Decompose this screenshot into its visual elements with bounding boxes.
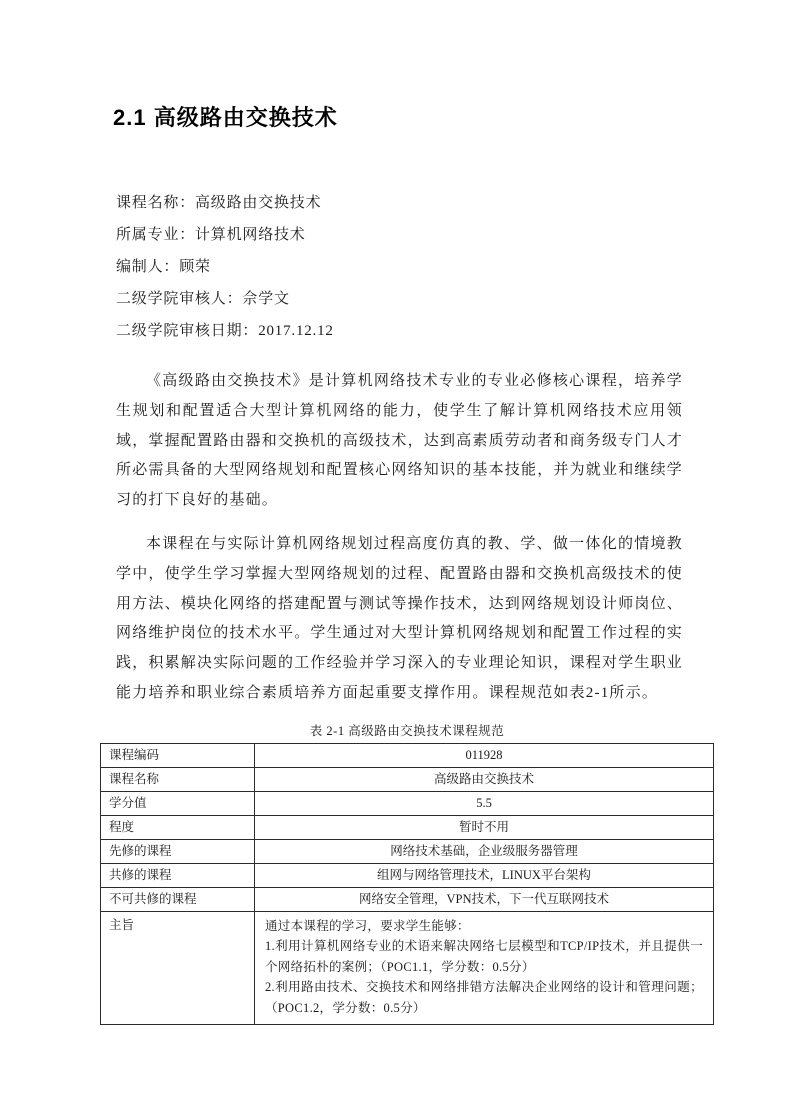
document-page: 2.1 高级路由交换技术 课程名称：高级路由交换技术 所属专业：计算机网络技术 … [0,0,794,1108]
table-row: 学分值 5.5 [101,791,714,815]
row-label-course-code: 课程编码 [101,743,255,767]
purpose-item-1: 1.利用计算机网络专业的术语来解决网络七层模型和TCP/IP技术，并且提供一个网… [265,936,703,977]
table-caption: 表 2-1 高级路由交换技术课程规范 [100,721,714,739]
row-label-purpose: 主旨 [101,911,255,1025]
section-heading: 2.1 高级路由交换技术 [113,103,794,133]
row-label-exclusions: 不可共修的课程 [101,887,255,911]
row-value-credits: 5.5 [255,791,714,815]
row-label-corequisites: 共修的课程 [101,863,255,887]
row-label-level: 程度 [101,815,255,839]
row-value-purpose: 通过本课程的学习，要求学生能够： 1.利用计算机网络专业的术语来解决网络七层模型… [255,911,714,1025]
course-meta-block: 课程名称：高级路由交换技术 所属专业：计算机网络技术 编制人：顾荣 二级学院审核… [116,187,794,347]
row-value-course-name: 高级路由交换技术 [255,767,714,791]
table-row: 共修的课程 组网与网络管理技术，LINUX平台架构 [101,863,714,887]
row-value-prerequisites: 网络技术基础，企业级服务器管理 [255,839,714,863]
row-label-credits: 学分值 [101,791,255,815]
row-value-level: 暂时不用 [255,815,714,839]
table-row: 不可共修的课程 网络安全管理，VPN技术，下一代互联网技术 [101,887,714,911]
row-label-course-name: 课程名称 [101,767,255,791]
course-review-date-line: 二级学院审核日期：2017.12.12 [116,315,794,347]
table-row: 主旨 通过本课程的学习，要求学生能够： 1.利用计算机网络专业的术语来解决网络七… [101,911,714,1025]
table-row: 先修的课程 网络技术基础，企业级服务器管理 [101,839,714,863]
course-spec-table: 课程编码 011928 课程名称 高级路由交换技术 学分值 5.5 程度 暂时不… [100,743,714,1026]
course-major-line: 所属专业：计算机网络技术 [116,219,794,251]
purpose-item-2: 2.利用路由技术、交换技术和网络排错方法解决企业网络的设计和管理问题；（POC1… [265,977,703,1018]
row-value-exclusions: 网络安全管理，VPN技术，下一代互联网技术 [255,887,714,911]
row-value-course-code: 011928 [255,743,714,767]
intro-paragraph: 《高级路由交换技术》是计算机网络技术专业的专业必修核心课程，培养学生规划和配置适… [116,367,683,516]
course-description-paragraph: 本课程在与实际计算机网络规划过程高度仿真的教、学、做一体化的情境教学中，使学生学… [116,530,683,709]
table-row: 程度 暂时不用 [101,815,714,839]
purpose-intro-line: 通过本课程的学习，要求学生能够： [265,916,703,937]
course-author-line: 编制人：顾荣 [116,251,794,283]
table-row: 课程名称 高级路由交换技术 [101,767,714,791]
row-value-corequisites: 组网与网络管理技术，LINUX平台架构 [255,863,714,887]
course-name-line: 课程名称：高级路由交换技术 [116,187,794,219]
table-row: 课程编码 011928 [101,743,714,767]
row-label-prerequisites: 先修的课程 [101,839,255,863]
course-reviewer-line: 二级学院审核人：佘学文 [116,283,794,315]
